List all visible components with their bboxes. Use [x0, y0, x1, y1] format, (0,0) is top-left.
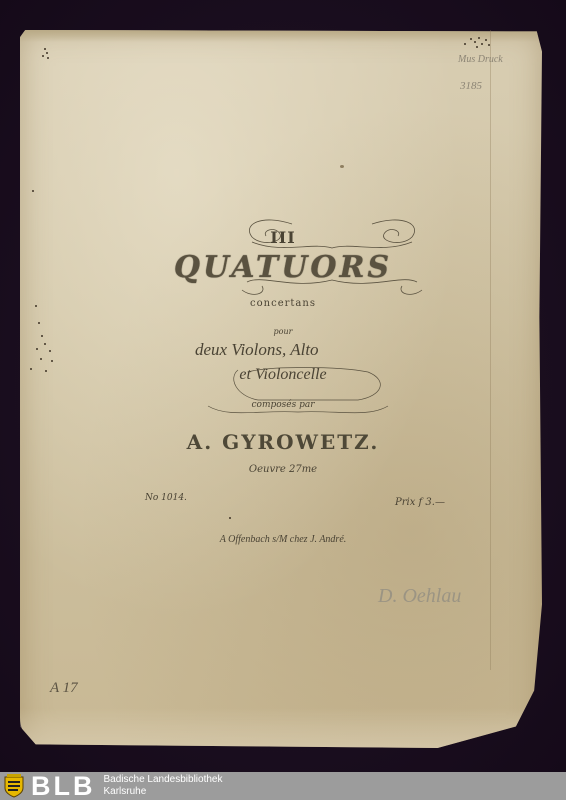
composed-by-label: composés par [0, 400, 566, 410]
pencil-signature: D. Oehlau [378, 585, 461, 608]
composer-name: A. GYROWETZ. [0, 430, 566, 454]
instruments-line-1: deux Violons, Alto [195, 340, 395, 360]
pencil-note-category: Mus Druck [458, 54, 503, 65]
paper-fold-line [490, 30, 491, 670]
price: Prix f 3.— [395, 497, 445, 508]
plate-number: No 1014. [145, 493, 187, 503]
library-city: Karlsruhe [104, 786, 223, 798]
subtitle: concertans [0, 298, 566, 309]
publisher-imprint: A Offenbach s/M chez J. André. [0, 534, 566, 545]
library-name-line: Badische Landesbibliothek [104, 774, 223, 786]
pour-label: pour [0, 327, 566, 336]
title-roman-numeral: III [0, 228, 566, 247]
instruments-line-2: et Violoncelle [0, 366, 566, 384]
pencil-note-number: 3185 [460, 80, 482, 92]
library-footer-bar: BLB Badische Landesbibliothek Karlsruhe [0, 772, 566, 800]
opus-number: Oeuvre 27me [0, 464, 566, 475]
blb-logo[interactable]: BLB [31, 772, 96, 800]
library-name: Badische Landesbibliothek Karlsruhe [104, 774, 223, 798]
shelf-mark: A 17 [50, 680, 78, 697]
page-title: QUATUORS [0, 250, 566, 285]
coat-of-arms-icon [3, 774, 25, 798]
